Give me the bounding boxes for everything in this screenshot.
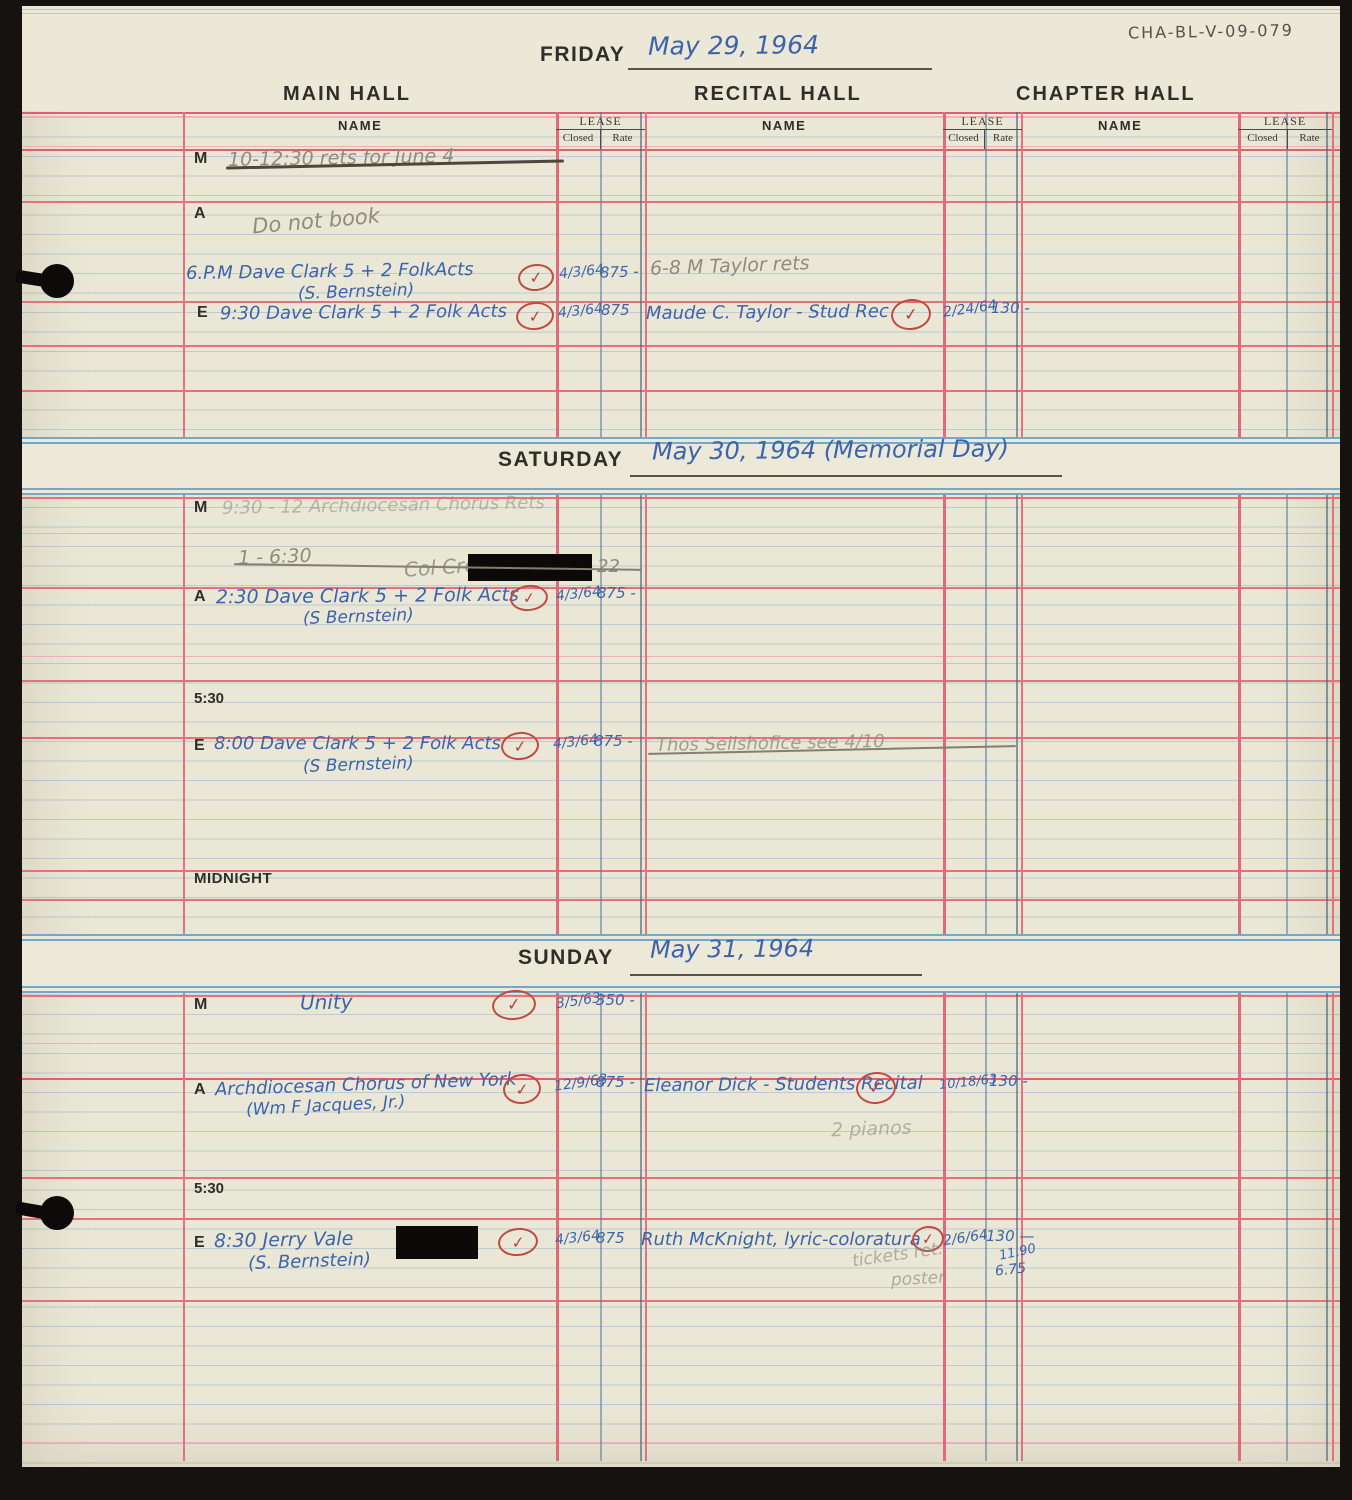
col-rule	[1332, 112, 1334, 1461]
row-label-m: M	[194, 997, 207, 1014]
saturday-evening-act: 8:00 Dave Clark 5 + 2 Folk Acts	[214, 735, 501, 754]
lease-box-recital: LEASE Closed Rate	[943, 112, 1022, 149]
sunday-recital-pencil-note: 2 pianos	[831, 1119, 912, 1142]
row-rule	[22, 899, 1340, 901]
lease-header: LEASE	[556, 114, 645, 129]
band-rule	[22, 991, 1340, 993]
row-rule	[22, 1300, 1340, 1302]
row-label-a: A	[194, 589, 206, 606]
ledger-scan: LEASE Closed Rate LEASE Closed Rate LEAS…	[0, 0, 1352, 1500]
row-label-e: E	[194, 738, 205, 755]
sunday-recital-amount-2: 6.75	[994, 1261, 1027, 1279]
row-label-a: A	[194, 1082, 206, 1099]
rate-header: Rate	[984, 132, 1022, 144]
band-rule	[22, 488, 1340, 490]
top-rule	[22, 9, 1340, 10]
saturday-title: SATURDAY	[498, 449, 623, 471]
name-header-chapter: NAME	[1098, 119, 1142, 133]
sunday-title: SUNDAY	[518, 947, 614, 969]
row-rule	[22, 1177, 1340, 1179]
sunday-morning-rate: 350 -	[596, 993, 635, 1009]
time-530-label: 5:30	[194, 1181, 224, 1197]
row-rule	[22, 390, 1340, 392]
band-rule	[22, 986, 1340, 988]
saturday-afternoon-agent: (S Bernstein)	[303, 607, 414, 629]
header-band-bottom-inner	[22, 146, 1340, 147]
friday-date: May 29, 1964	[648, 32, 819, 60]
check-glyph: ✓	[528, 267, 543, 287]
sunday-afternoon-rate: 875 -	[596, 1075, 635, 1091]
row-rule	[22, 680, 1340, 682]
lease-box-chapter: LEASE Closed Rate	[1238, 112, 1332, 149]
date-rule	[630, 475, 1062, 477]
row-rule	[22, 1043, 1340, 1044]
sunday-evening-act: 8:30 Jerry Vale	[214, 1230, 354, 1252]
midnight-label: MIDNIGHT	[194, 871, 272, 887]
top-rule	[22, 13, 1340, 14]
header-band-top-inner	[22, 116, 1340, 117]
row-label-m: M	[194, 151, 207, 168]
saturday-evening-rate: 875 -	[594, 734, 633, 750]
closed-header: Closed	[943, 132, 984, 144]
header-band-bottom	[22, 149, 1340, 151]
closed-header: Closed	[556, 132, 600, 144]
col-rule	[183, 112, 185, 1461]
sunday-recital-pencil-note-2: poster	[891, 1270, 946, 1291]
rate-header: Rate	[600, 132, 645, 144]
check-glyph: ✓	[514, 1079, 529, 1099]
check-glyph: ✓	[868, 1077, 884, 1098]
row-rule	[22, 345, 1340, 347]
friday-6pm-rate: 875 -	[600, 264, 639, 281]
check-glyph: ✓	[506, 994, 522, 1015]
row-label-a: A	[194, 206, 206, 223]
date-rule	[630, 974, 922, 976]
rate-header: Rate	[1287, 132, 1332, 144]
name-header-recital: NAME	[762, 119, 806, 133]
row-rule	[22, 201, 1340, 203]
saturday-date: May 30, 1964 (Memorial Day)	[652, 436, 1009, 464]
sunday-morning-act: Unity	[300, 992, 353, 1014]
friday-evening-act: 9:30 Dave Clark 5 + 2 Folk Acts	[220, 303, 507, 324]
saturday-afternoon-act: 2:30 Dave Clark 5 + 2 Folk Acts	[216, 586, 519, 609]
friday-recital-act: Maude C. Taylor - Stud Rec	[646, 303, 889, 324]
col-rule	[640, 112, 642, 1461]
closed-header: Closed	[1238, 132, 1287, 144]
col-rule	[1326, 112, 1328, 1461]
row-rule	[22, 533, 1340, 534]
archive-code: CHA-BL-V-09-079	[1128, 23, 1294, 43]
chapter-hall-title: CHAPTER HALL	[1016, 84, 1196, 105]
saturday-afternoon-rate: 875 -	[597, 586, 636, 602]
friday-recital-rate: 130 -	[991, 301, 1030, 317]
hole-punch	[40, 264, 74, 298]
sunday-evening-rate: 875	[596, 1231, 625, 1247]
redaction-box	[396, 1226, 478, 1259]
friday-6pm-act: 6.P.M Dave Clark 5 + 2 FolkActs	[186, 261, 474, 284]
row-rule	[22, 497, 1340, 499]
date-rule	[628, 68, 932, 70]
check-glyph: ✓	[510, 1232, 525, 1252]
row-label-m: M	[194, 500, 207, 517]
header-band-top	[22, 112, 1340, 114]
row-label-e: E	[197, 305, 208, 322]
sunday-date: May 31, 1964	[650, 936, 814, 963]
row-label-e: E	[194, 1235, 205, 1252]
row-rule	[22, 656, 1340, 657]
main-hall-title: MAIN HALL	[283, 84, 411, 105]
check-glyph: ✓	[512, 736, 527, 756]
sunday-recital-rate: 130 -	[989, 1074, 1028, 1090]
lease-header: LEASE	[943, 114, 1022, 129]
check-glyph: ✓	[522, 588, 536, 607]
hole-punch	[40, 1196, 74, 1230]
friday-6pm-agent: (S. Bernstein)	[298, 282, 415, 304]
recital-hall-title: RECITAL HALL	[694, 84, 862, 105]
row-rule	[22, 1218, 1340, 1220]
name-header-main: NAME	[338, 119, 382, 133]
band-rule	[22, 493, 1340, 495]
check-glyph: ✓	[903, 304, 919, 325]
saturday-evening-agent: (S Bernstein)	[303, 755, 414, 777]
lease-box-rule	[1238, 129, 1332, 130]
col-rule	[1238, 112, 1241, 1461]
row-rule	[22, 1442, 1340, 1443]
lease-box-rule	[943, 129, 1022, 130]
lease-box-main: LEASE Closed Rate	[556, 112, 645, 149]
time-530-label: 5:30	[194, 691, 224, 707]
check-glyph: ✓	[527, 306, 542, 326]
row-rule	[22, 995, 1340, 997]
col-rule	[1286, 112, 1288, 1461]
friday-title: FRIDAY	[540, 44, 625, 66]
lease-header: LEASE	[1238, 114, 1332, 129]
friday-evening-rate: 875	[601, 303, 630, 319]
